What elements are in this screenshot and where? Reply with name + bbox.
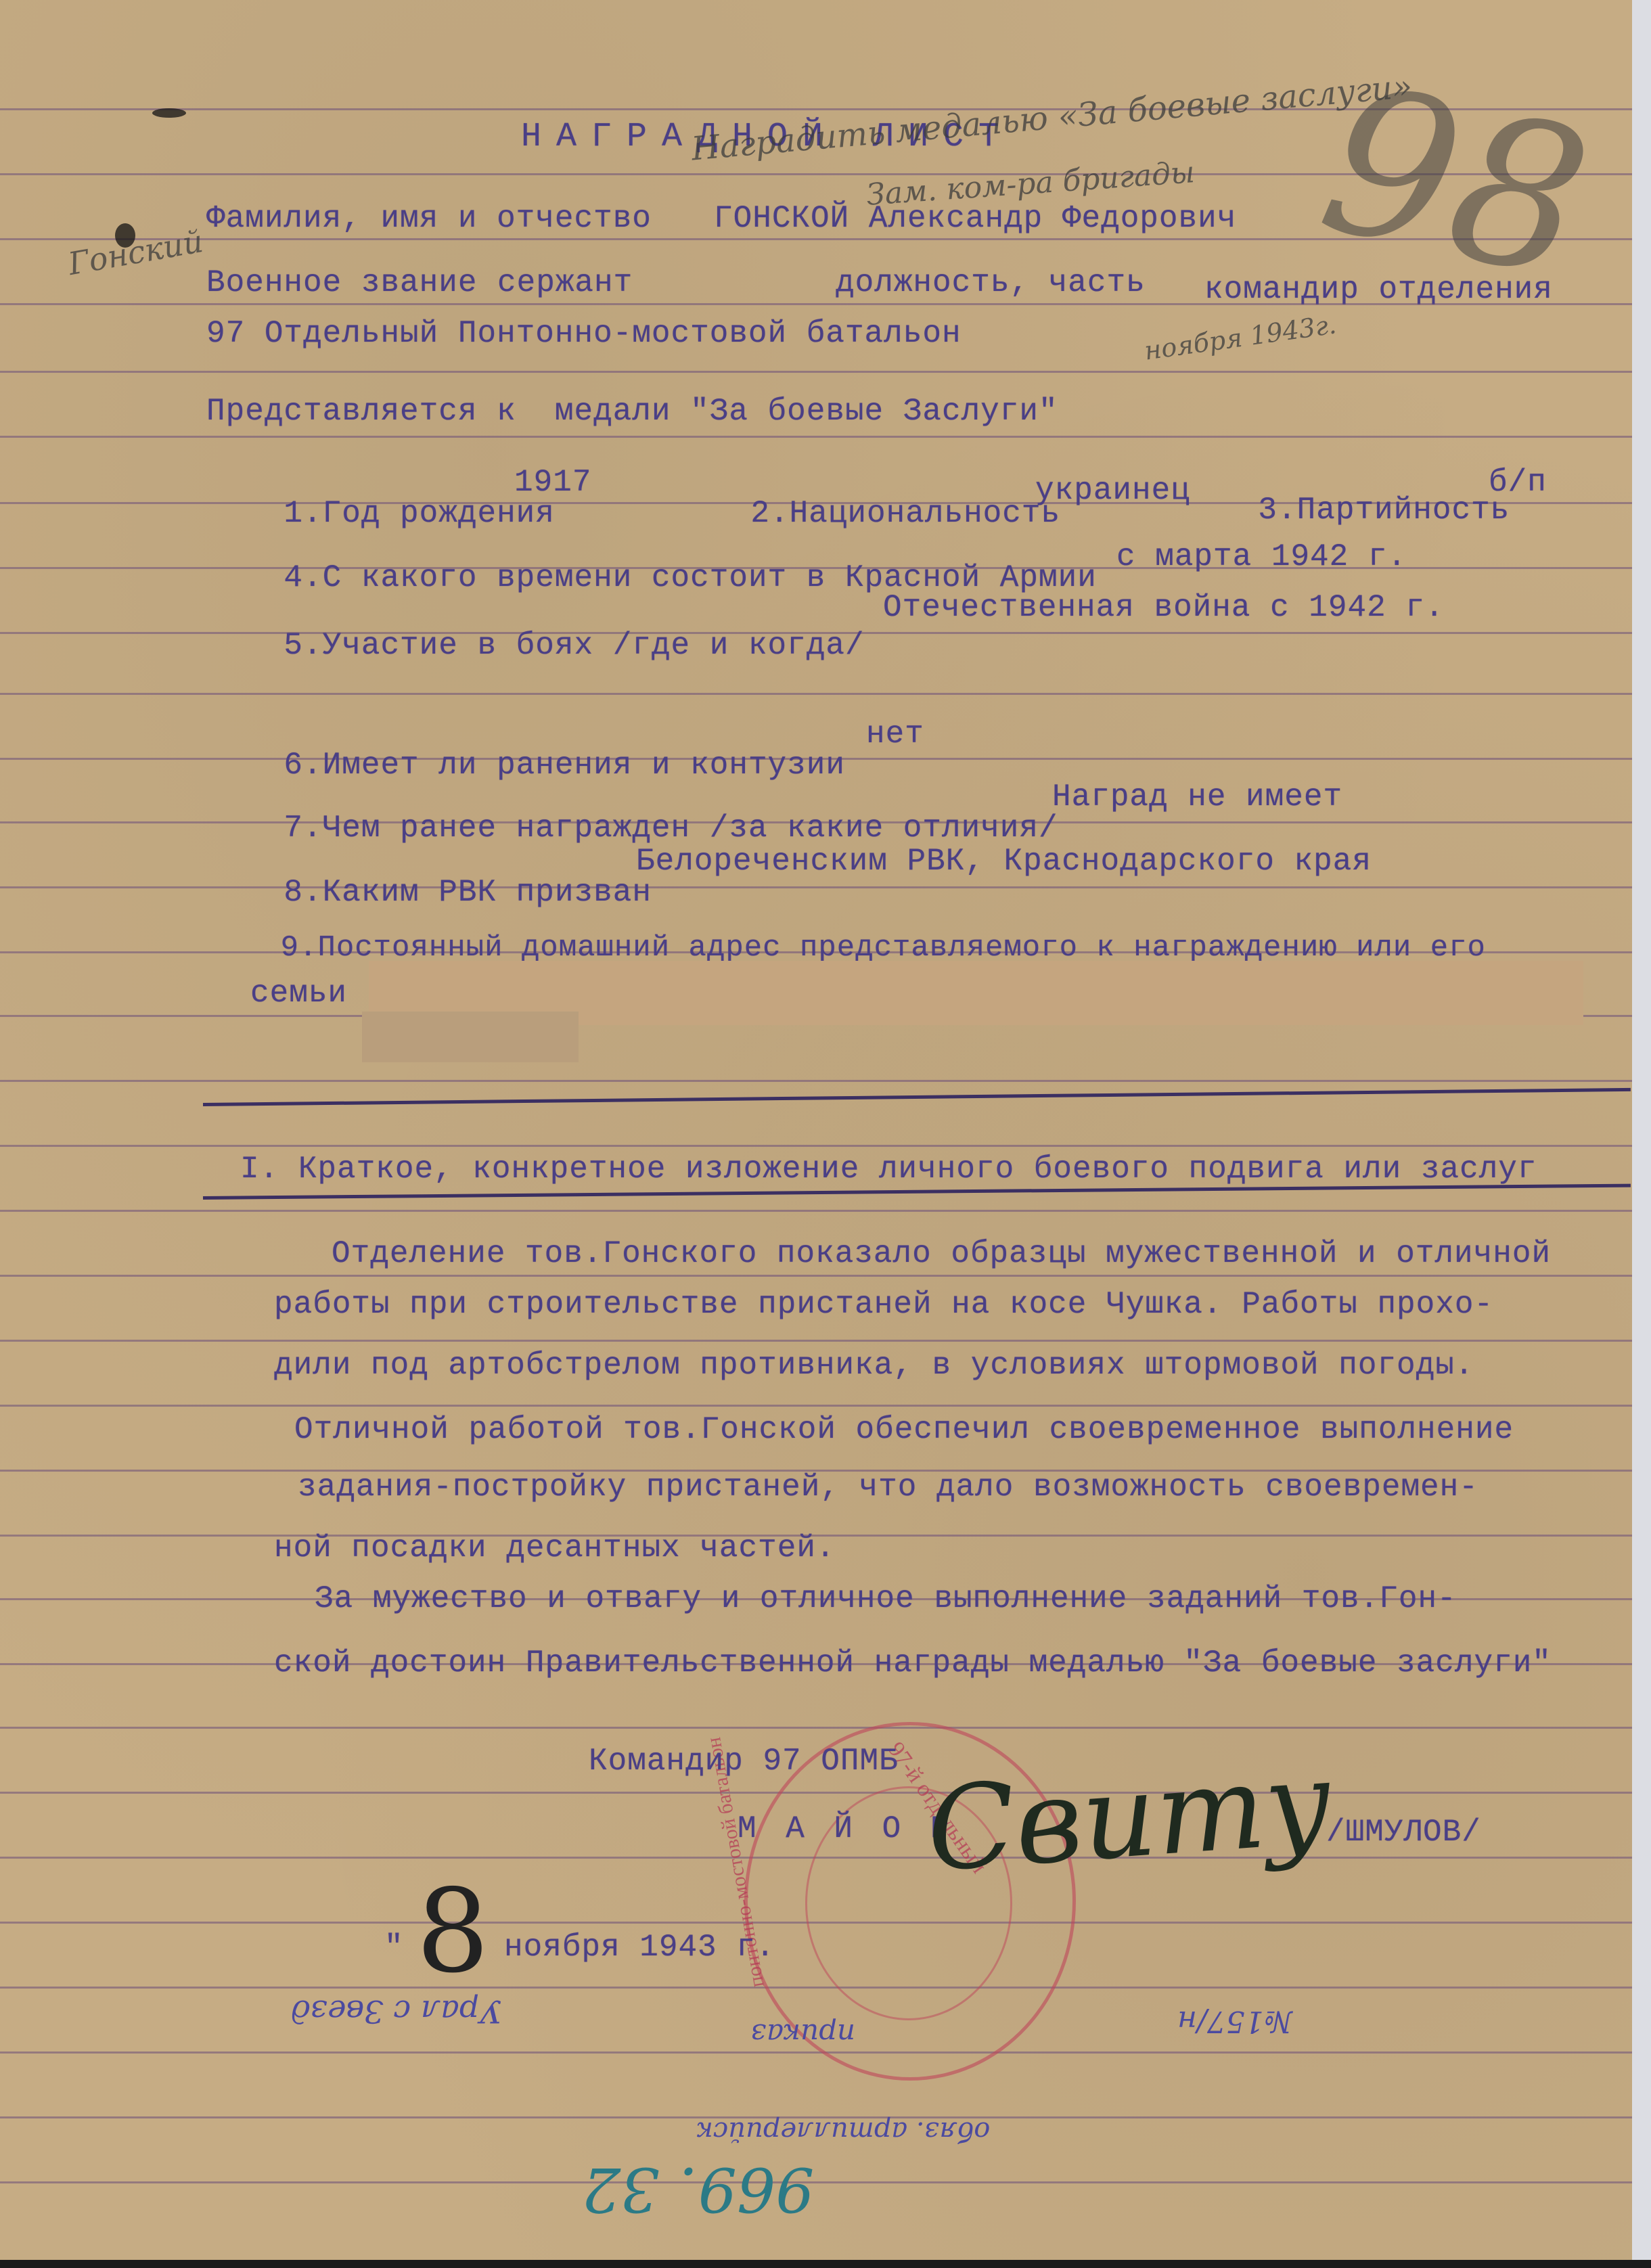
name-value: ГОНСКОЙ Александр Федорович	[714, 203, 1236, 234]
ruled-line	[0, 1275, 1632, 1277]
scan-edge-bottom	[0, 2260, 1651, 2268]
field-7-num: 7.	[284, 811, 322, 846]
ruled-line	[0, 2051, 1632, 2054]
handwritten-note-order-number: №157/н	[1177, 2006, 1292, 2036]
field-7-label: Чем ранее награжден /за какие отличия/	[323, 811, 1058, 846]
section-divider	[203, 1088, 1631, 1106]
field-3-label: Партийность	[1297, 493, 1510, 528]
ruled-line	[0, 1145, 1632, 1147]
narrative-line: Отделение тов.Гонского показало образцы …	[332, 1238, 1551, 1269]
field-4-num: 4.	[284, 560, 322, 595]
rank-line: М А Й О Р	[738, 1813, 954, 1844]
rank-value: сержант	[497, 267, 633, 298]
award-sheet-paper: НАГРАДНОЙ ЛИСТ Наградить медалью «За бое…	[0, 0, 1632, 2260]
narrative-line: За мужество и отвагу и отличное выполнен…	[315, 1583, 1457, 1614]
rank-label: Военное звание	[206, 267, 477, 298]
ruled-line	[0, 1340, 1632, 1342]
section-heading: I. Краткое, конкретное изложение личного…	[240, 1154, 1537, 1185]
field-1-label: Год рождения	[323, 496, 555, 531]
field-7-value: Наград не имеет	[1052, 781, 1342, 813]
ink-blot	[152, 108, 186, 118]
handwritten-note-order: приказ	[751, 2020, 855, 2048]
handwritten-note-award: Урал с Звезд	[291, 1996, 501, 2027]
field-2-label: Национальность	[790, 496, 1060, 531]
handwritten-large-number: 98	[1308, 57, 1603, 309]
date-day-handwritten: 8	[416, 1874, 489, 1989]
field-2-value: украинец	[1035, 475, 1190, 506]
ruled-line	[0, 1210, 1632, 1212]
narrative-line: дили под артобстрелом противника, в усло…	[274, 1350, 1474, 1381]
narrative-line: работы при строительстве пристаней на ко…	[274, 1289, 1493, 1320]
field-9-label: Постоянный домашний адрес представляемог…	[317, 931, 1485, 965]
handwritten-note-archive: обяз. артиллерийск	[697, 2118, 990, 2145]
field-3-value: б/п	[1489, 467, 1547, 498]
handwritten-left-margin-name: Гонский	[66, 225, 206, 279]
field-9-label-cont: семьи	[250, 978, 347, 1009]
name-label: Фамилия, имя и отчество	[206, 203, 652, 234]
ruled-line	[0, 2181, 1632, 2183]
nominated-for: Представляется к медали "За боевые Заслу…	[206, 396, 1058, 427]
narrative-line: Отличной работой тов.Гонской обеспечил с…	[294, 1414, 1514, 1445]
unit-value: 97 Отдельный Понтонно-мостовой батальон	[206, 318, 962, 349]
field-6-num: 6.	[284, 748, 322, 783]
field-1-num: 1.	[284, 496, 322, 531]
narrative-line: ной посадки десантных частей.	[274, 1533, 836, 1564]
ruled-line	[0, 1080, 1632, 1082]
field-5-label: Участие в боях /где и когда/	[323, 628, 865, 663]
ruled-line	[0, 1405, 1632, 1407]
commander-name: /ШМУЛОВ/	[1326, 1817, 1481, 1848]
field-5-num: 5.	[284, 628, 322, 663]
field-6-value: нет	[866, 719, 924, 750]
position-value: командир отделения	[1204, 274, 1553, 305]
commander-signature: Cвиту	[924, 1745, 1336, 1888]
field-9-num: 9.	[281, 931, 318, 965]
field-8-value: Белореченским РВК, Краснодарского края	[636, 846, 1372, 877]
field-1-value: 1917	[514, 467, 591, 498]
scan-edge-right	[1632, 0, 1651, 2268]
narrative-line: ской достоин Правительственной награды м…	[274, 1648, 1552, 1679]
field-6-label: Имеет ли ранения и контузии	[323, 748, 845, 783]
date-open-quote: "	[384, 1932, 404, 1963]
date-month-year: ноября 1943 г.	[504, 1932, 775, 1963]
field-5: 5.Участие в боях /где и когда/	[206, 599, 865, 692]
commander-line: Командир 97 ОПМБ	[589, 1746, 899, 1777]
field-2-num: 2.	[750, 496, 789, 531]
handwritten-date: ноября 1943г.	[1143, 311, 1338, 363]
redacted-address-cont	[362, 1012, 579, 1062]
position-label: должность, часть	[836, 267, 1146, 298]
ruled-line	[0, 1727, 1632, 1729]
ruled-line	[0, 371, 1632, 373]
field-5-value: Отечественная война с 1942 г.	[883, 592, 1445, 623]
ruled-line	[0, 436, 1632, 438]
narrative-line: задания-постройку пристаней, что дало во…	[298, 1472, 1478, 1503]
handwritten-archive-number: 969. 32	[582, 2158, 815, 2219]
field-4-value: с марта 1942 г.	[1116, 541, 1407, 572]
field-3-num: 3.	[1258, 493, 1296, 528]
